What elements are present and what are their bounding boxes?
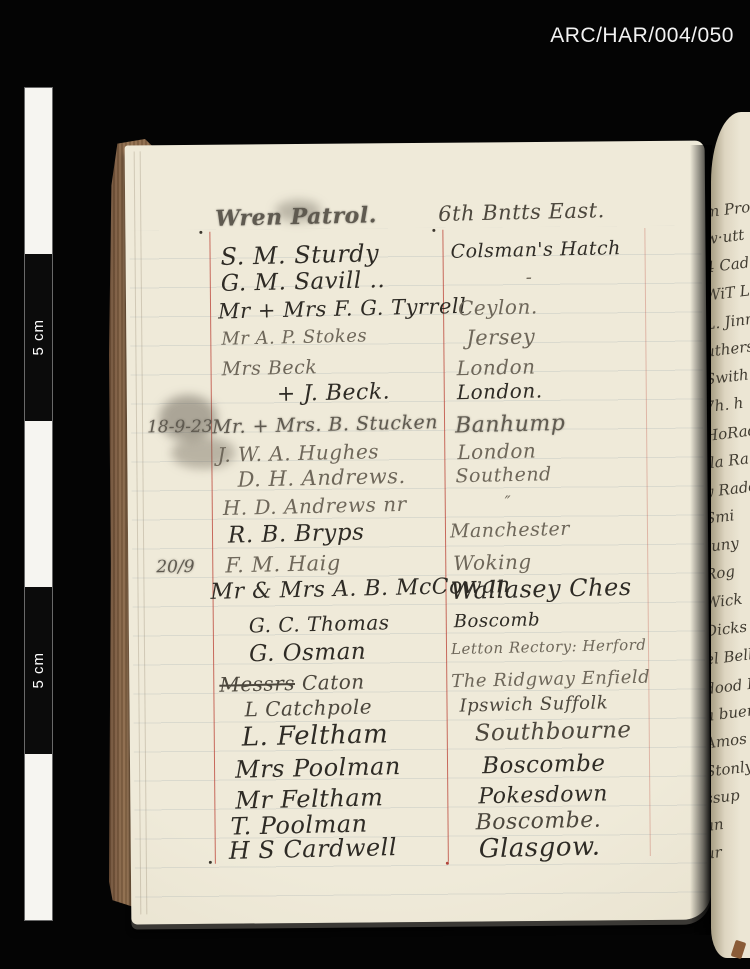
- scale-segment-5cm: 5 cm: [25, 254, 52, 420]
- facing-page-text-fragment: w·utt: [711, 226, 745, 249]
- entry-name: MessrsCaton: [219, 669, 365, 696]
- margin-date: 18-9-23: [147, 417, 213, 438]
- scale-label: 5 cm: [30, 319, 47, 356]
- ink-dot: [199, 231, 202, 234]
- facing-page-text-fragment: Juny: [711, 534, 740, 556]
- entry-place: Ipswich Suffolk: [459, 692, 608, 716]
- entry-place: The Ridgway Enfield: [451, 667, 650, 693]
- entry-name: H. D. Andrews nr: [223, 492, 407, 520]
- entry-place: Pokesdown: [478, 781, 608, 809]
- facing-page-text-fragment: HoRad: [711, 421, 750, 445]
- scale-bar: 5 cm 5 cm: [25, 88, 52, 920]
- facing-page-text-fragment: Amos: [711, 730, 748, 753]
- entry-place: Ceylon.: [458, 294, 538, 320]
- scale-segment-white: [25, 88, 52, 254]
- entry-name: Mr A. P. Stokes: [221, 325, 367, 349]
- entry-place: ″: [505, 492, 512, 511]
- ruled-lines: [129, 226, 707, 903]
- scale-segment-white: [25, 754, 52, 920]
- entry-place: Woking: [453, 549, 532, 575]
- facing-page-text-fragment: Wick: [711, 590, 743, 612]
- margin-date: 20/9: [156, 557, 194, 577]
- facing-page-text-fragment: y Radd: [711, 477, 750, 501]
- entry-name: S. M. Sturdy: [220, 239, 379, 271]
- entry-name: L Catchpole: [244, 695, 372, 722]
- book-gutter-shadow: [690, 145, 712, 935]
- entry-place: Colsman's Hatch: [450, 237, 621, 263]
- ink-dot: [432, 229, 435, 232]
- facing-page-text-fragment: uthers: [711, 337, 750, 361]
- facing-page-text-fragment: Rog: [711, 562, 736, 584]
- red-ink-dot: [446, 862, 449, 865]
- column-header-patrol: Wren Patrol.: [215, 202, 377, 232]
- entry-place: Southbourne: [474, 717, 631, 747]
- facing-page-text-fragment: Dicks: [711, 618, 748, 641]
- entry-place: London: [456, 354, 535, 380]
- entry-place: Southend: [455, 463, 552, 487]
- entry-name: G. C. Thomas: [249, 610, 390, 637]
- visitor-book-page: Wren Patrol. 6th Bntts East. S. M. Sturd…: [125, 140, 712, 924]
- facing-page-text-fragment: el Bell: [711, 645, 750, 669]
- entry-place: Boscombe: [482, 751, 606, 780]
- entry-place: -: [526, 267, 533, 288]
- entry-name: Mrs Beck: [221, 356, 317, 380]
- facing-page-text-fragment: ur: [711, 843, 723, 863]
- entry-place: Manchester: [450, 518, 570, 543]
- entry-name: J. W. A. Hughes: [217, 439, 379, 467]
- archive-reference: ARC/HAR/004/050: [550, 24, 734, 48]
- facing-page-text-fragment: an: [711, 815, 725, 835]
- scale-segment-5cm: 5 cm: [25, 587, 52, 753]
- facing-page-text-fragment: WiT L: [711, 281, 750, 304]
- facing-page-text-fragment: a buen: [711, 701, 750, 725]
- entry-place: Glasgow.: [478, 832, 600, 865]
- entries-layer: S. M. SturdyColsman's HatchG. M. Savill …: [125, 140, 705, 145]
- facing-page-text-fragment: lla Ra: [711, 449, 750, 472]
- entry-name: G. Osman: [249, 639, 367, 668]
- facing-page-edge: m Provw·utt4 CadWiT LL. JinneuthersSwith…: [711, 112, 750, 958]
- entry-place: London.: [457, 378, 543, 404]
- column-header-troop: 6th Bntts East.: [438, 198, 605, 226]
- facing-page-text-fragment: Swith: [711, 365, 750, 388]
- facing-page-text-fragment: dood Bell: [711, 672, 750, 699]
- facing-page-text-fragment: L. Jinne: [711, 309, 750, 334]
- facing-page-text-fragment: Stonly: [711, 757, 750, 781]
- entry-name: L. Feltham: [241, 719, 388, 752]
- entry-name: Mrs Poolman: [235, 752, 401, 784]
- struck-word: Messrs: [219, 671, 295, 697]
- entry-name: D. H. Andrews.: [237, 464, 406, 492]
- entry-name: + J. Beck.: [277, 379, 391, 407]
- facing-page-text-fragment: 7h. h: [711, 394, 744, 417]
- entry-place: Boscomb: [454, 609, 541, 632]
- facing-page-text-fragment: ssup: [711, 786, 741, 808]
- entry-place: Banhump: [455, 411, 566, 438]
- entry-name: F. M. Haig: [225, 551, 341, 578]
- entry-name: G. M. Savill ..: [221, 267, 386, 297]
- entry-name: H S Cardwell: [228, 833, 397, 865]
- ink-dot: [209, 861, 212, 864]
- scale-label: 5 cm: [30, 652, 47, 689]
- photo-canvas: ARC/HAR/004/050 5 cm 5 cm Wren Patrol. 6…: [0, 0, 750, 969]
- entry-name: R. B. Bryps: [228, 520, 365, 549]
- facing-page-text-fragment: m Prov: [711, 197, 750, 221]
- entry-place: Jersey: [466, 324, 535, 350]
- entry-place: London: [457, 438, 536, 464]
- entry-place: Wallasey Ches: [450, 573, 632, 605]
- scale-segment-white: [25, 421, 52, 587]
- facing-page-text-fragment: Smi: [711, 506, 735, 527]
- facing-page-text-fragment: 4 Cad: [711, 253, 750, 276]
